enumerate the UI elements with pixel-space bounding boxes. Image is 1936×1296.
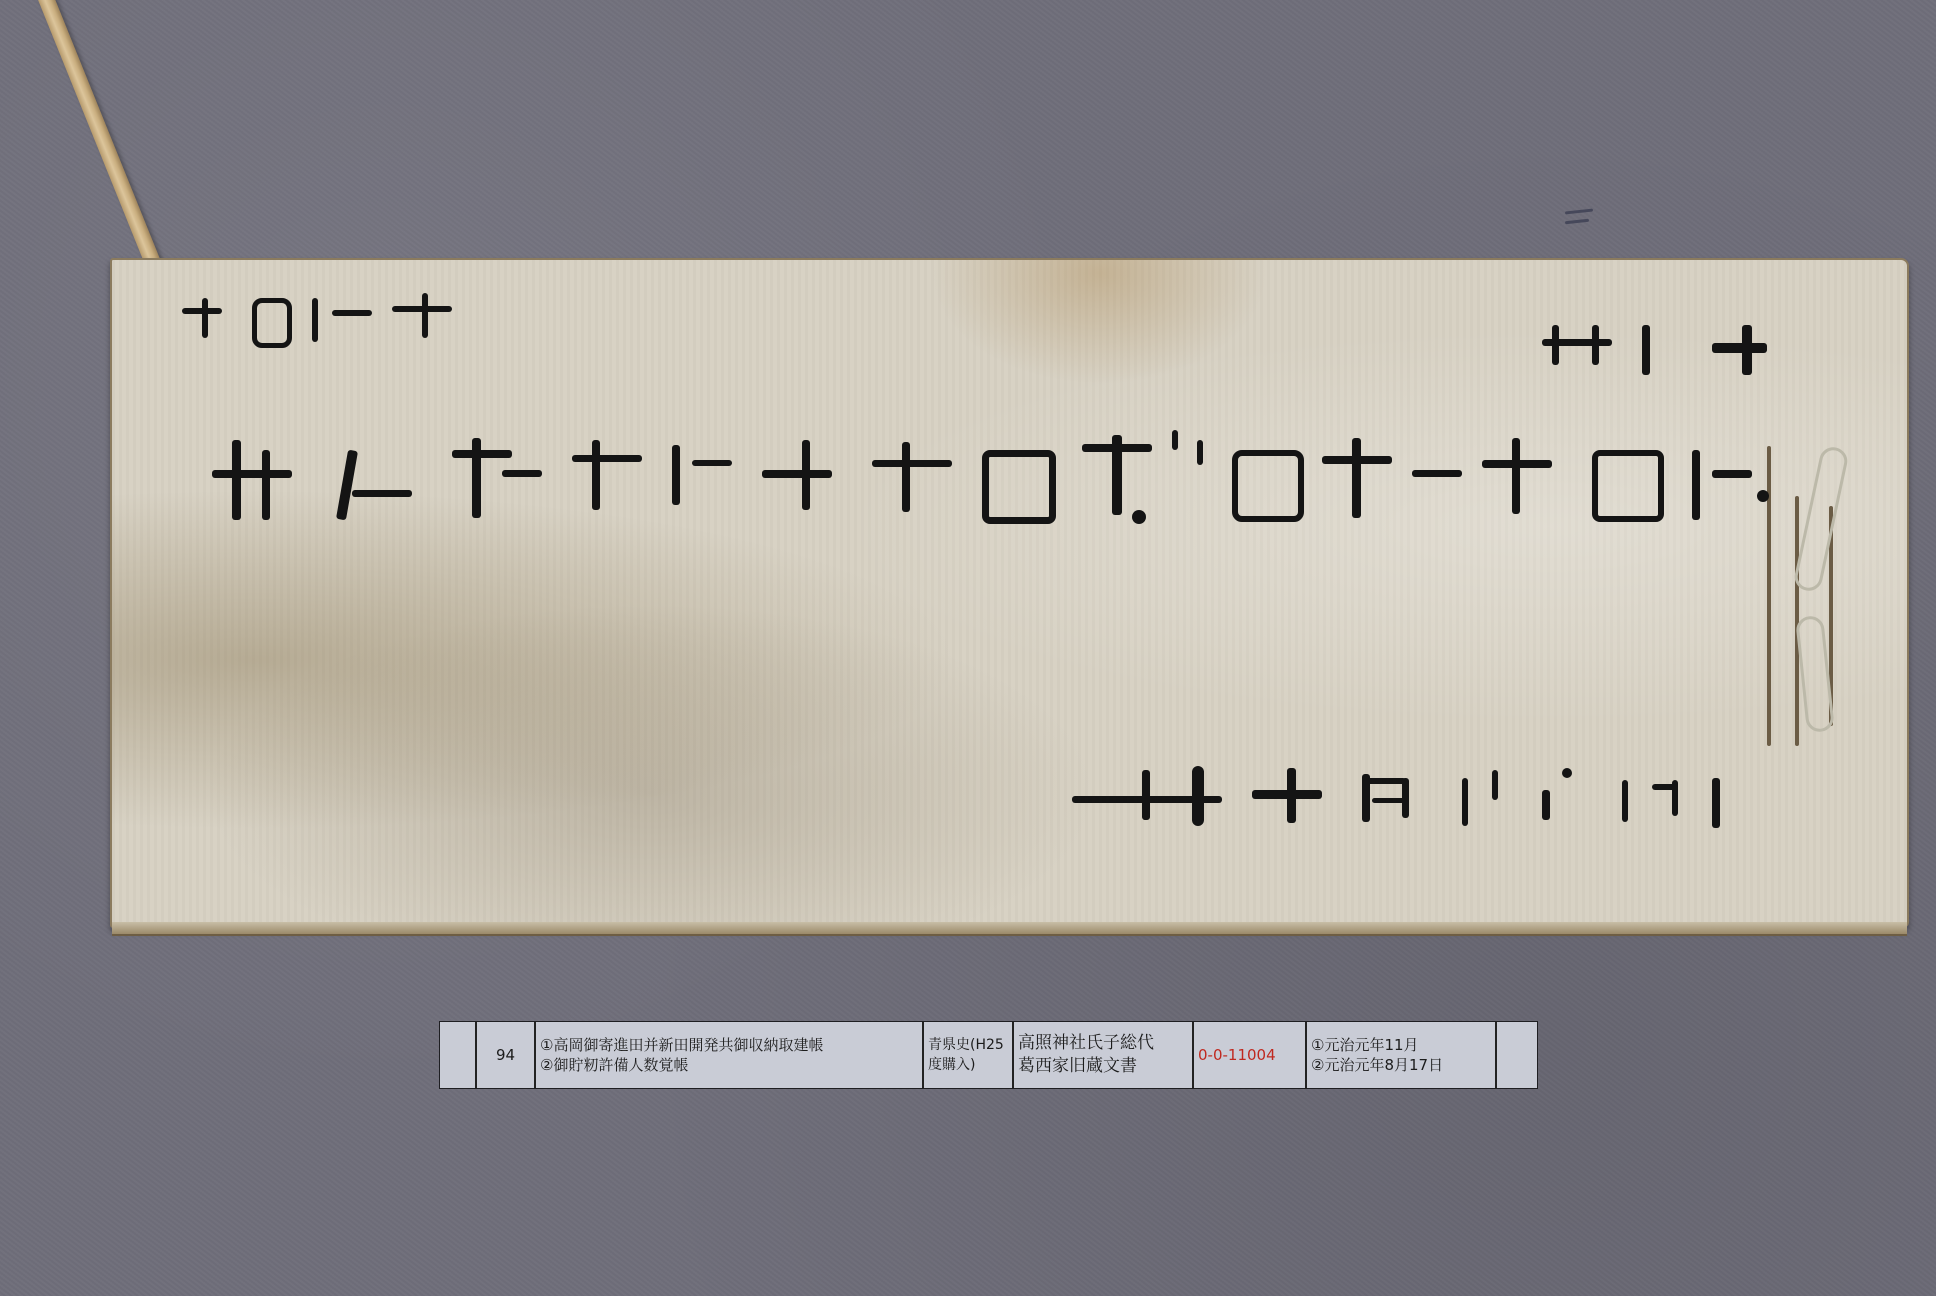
catalog-label-strip: 94 ①高岡御寄進田并新田開発共御収納取建帳 ②御貯籾許備人数覚帳 青県史(H2… [439, 1021, 1538, 1089]
calligraphy-column-title [212, 430, 1812, 540]
date-line-1: ①元治元年11月 [1311, 1035, 1443, 1055]
collection-line-2: 葛西家旧蔵文書 [1018, 1055, 1154, 1078]
label-cell-date: ①元治元年11月 ②元治元年8月17日 [1307, 1022, 1497, 1088]
title-line-2: ②御貯籾許備人数覚帳 [540, 1055, 823, 1075]
date-line-2: ②元治元年8月17日 [1311, 1055, 1443, 1075]
source-line-2: 度購入) [928, 1055, 1004, 1075]
calligraphy-column-date [1072, 760, 1892, 830]
calligraphy-column-month [1512, 315, 1812, 385]
label-cell-number: 94 [477, 1022, 536, 1088]
label-cell-blank-right [1497, 1022, 1537, 1088]
label-cell-source: 青県史(H25 度購入) [924, 1022, 1014, 1088]
label-cell-title: ①高岡御寄進田并新田開発共御収納取建帳 ②御貯籾許備人数覚帳 [536, 1022, 924, 1088]
title-line-1: ①高岡御寄進田并新田開発共御収納取建帳 [540, 1035, 823, 1055]
label-cell-catalog-number: 0-0-11004 [1194, 1022, 1307, 1088]
label-cell-collection: 高照神社氏子総代 葛西家旧蔵文書 [1014, 1022, 1194, 1088]
catalog-number: 0-0-11004 [1198, 1045, 1276, 1065]
label-cell-blank-left [440, 1022, 477, 1088]
collection-line-1: 高照神社氏子総代 [1018, 1032, 1154, 1055]
historical-document [110, 258, 1909, 928]
document-bottom-edge [112, 922, 1907, 936]
calligraphy-column-signature [182, 288, 482, 358]
source-line-1: 青県史(H25 [928, 1035, 1004, 1055]
felt-pencil-mark [1565, 210, 1595, 232]
item-number: 94 [496, 1045, 515, 1065]
